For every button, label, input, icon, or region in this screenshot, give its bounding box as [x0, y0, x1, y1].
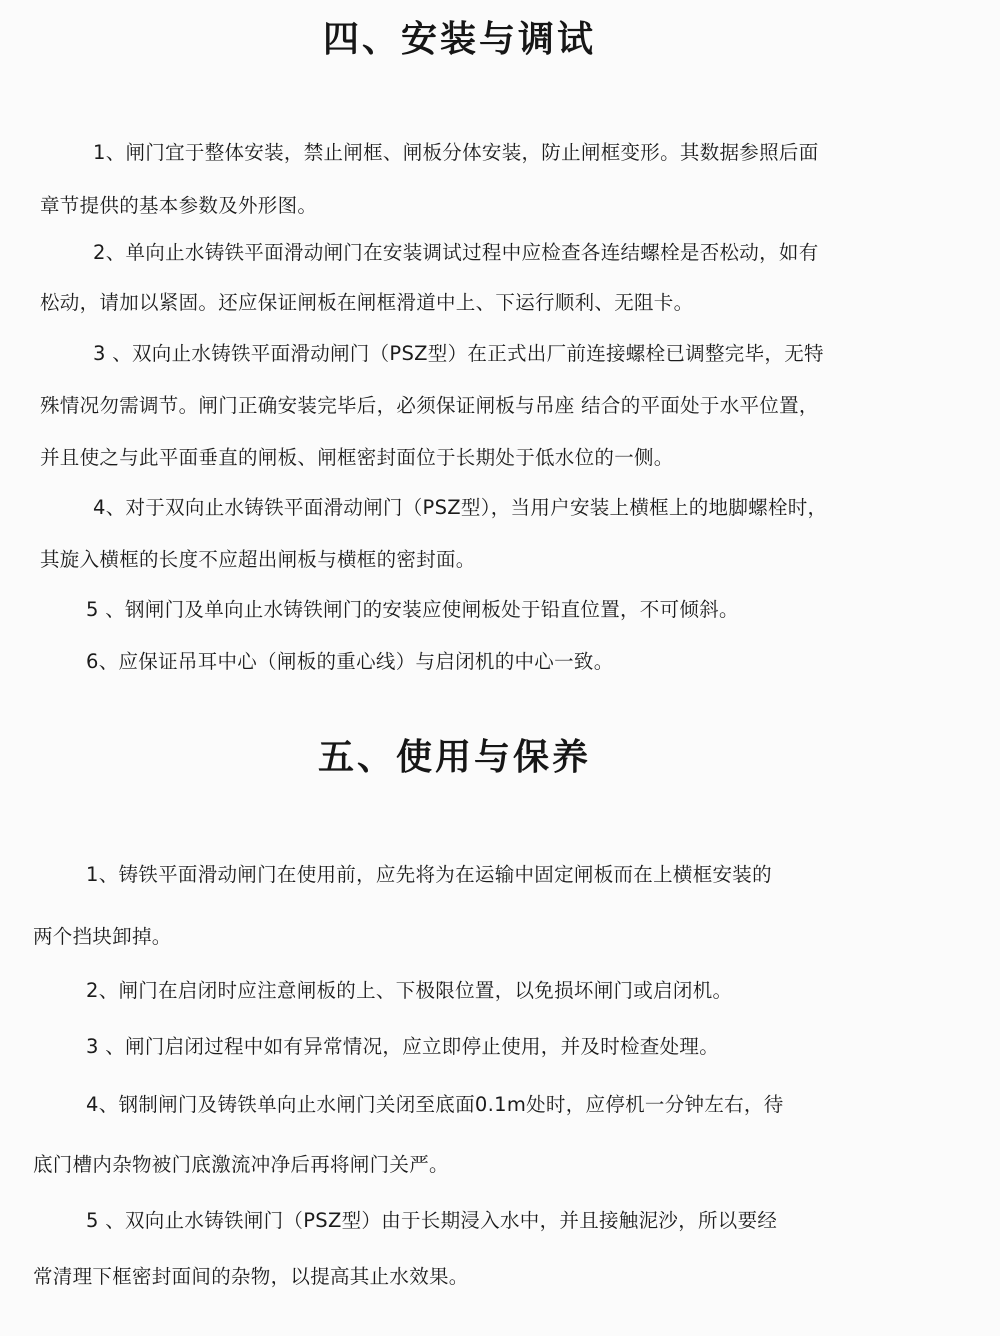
section-5-line: 1、铸铁平面滑动闸门在使用前，应先将为在运输中固定闸板而在上横框安装的 [86, 862, 772, 888]
section-4-line: 并且使之与此平面垂直的闸板、闸框密封面位于长期处于低水位的一侧。 [40, 445, 674, 471]
section-4-title: 四、安装与调试 [323, 20, 596, 60]
section-5-line: 两个挡块卸掉。 [33, 924, 172, 950]
section-5-title: 五、使用与保养 [318, 738, 591, 778]
section-5-line: 常清理下框密封面间的杂物，以提高其止水效果。 [33, 1264, 469, 1290]
section-5-line: 2、闸门在启闭时应注意闸板的上、下极限位置，以免损坏闸门或启闭机。 [86, 978, 732, 1004]
section-4-line: 殊情况勿需调节。闸门正确安装完毕后，必须保证闸板与吊座 结合的平面处于水平位置， [40, 393, 819, 419]
document-page: 四、安装与调试 1、闸门宜于整体安装，禁止闸框、闸板分体安装，防止闸框变形。其数… [0, 0, 1000, 1336]
section-5-line: 5 、双向止水铸铁闸门（PSZ型）由于长期浸入水中，并且接触泥沙，所以要经 [86, 1208, 777, 1234]
section-4-line: 章节提供的基本参数及外形图。 [40, 193, 317, 219]
section-4-line: 6、应保证吊耳中心（闸板的重心线）与启闭机的中心一致。 [86, 649, 614, 675]
section-5-line: 底门槽内杂物被门底激流冲净后再将闸门关严。 [33, 1152, 449, 1178]
section-4-line: 4、对于双向止水铸铁平面滑动闸门（PSZ型），当用户安装上横框上的地脚螺栓时， [93, 495, 827, 521]
section-4-line: 松动，请加以紧固。还应保证闸板在闸框滑道中上、下运行顺利、无阻卡。 [40, 290, 693, 316]
section-4-line: 2、单向止水铸铁平面滑动闸门在安装调试过程中应检查各连结螺栓是否松动，如有 [93, 240, 819, 266]
section-4-line: 3 、双向止水铸铁平面滑动闸门（PSZ型）在正式出厂前连接螺栓已调整完毕，无特 [93, 341, 824, 367]
section-5-line: 4、钢制闸门及铸铁单向止水闸门关闭至底面0.1m处时，应停机一分钟左右，待 [86, 1092, 784, 1118]
section-4-line: 其旋入横框的长度不应超出闸板与横框的密封面。 [40, 547, 476, 573]
section-4-line: 5 、钢闸门及单向止水铸铁闸门的安装应使闸板处于铅直位置，不可倾斜。 [86, 597, 739, 623]
section-4-line: 1、闸门宜于整体安装，禁止闸框、闸板分体安装，防止闸框变形。其数据参照后面 [93, 140, 819, 166]
section-5-line: 3 、闸门启闭过程中如有异常情况，应立即停止使用，并及时检查处理。 [86, 1034, 719, 1060]
